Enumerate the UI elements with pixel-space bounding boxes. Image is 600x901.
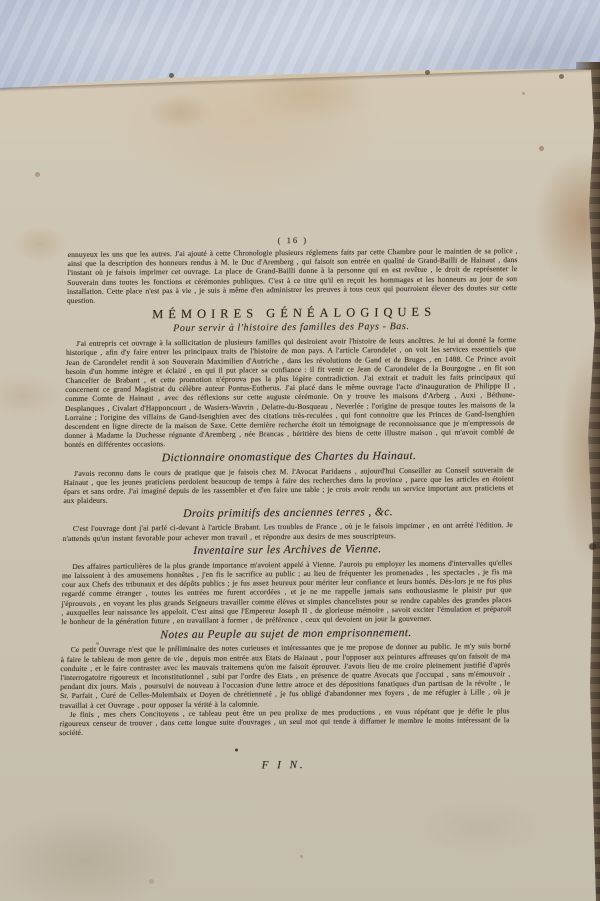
book-page: ( 16 ) ennuyeux les uns que les autres. …	[0, 66, 600, 901]
page-number: ( 16 )	[68, 233, 518, 247]
photo-background-cloth: ( 16 ) ennuyeux les uns que les autres. …	[0, 0, 600, 901]
heading-dictionnaire-onomastique: Dictionnaire onomastique des Chartes du …	[64, 449, 514, 466]
heading-inventaire-archives: Inventaire sur les Archives de Vienne.	[62, 543, 512, 560]
heading-memoires-genealogiques: MÉMOIRES GÉNÉALOGIQUES	[67, 305, 517, 322]
paragraph-memoires: J'ai entrepris cet ouvrage à la sollicit…	[64, 335, 516, 449]
page-text-block: ( 16 ) ennuyeux les uns que les autres. …	[59, 233, 518, 775]
paragraph-dictionnaire: J'avois reconnu dans le cours de pratiqu…	[63, 465, 514, 506]
foxing-specks	[0, 0, 3, 3]
paragraph-inventaire: Des affaires particulières de la plus gr…	[61, 558, 512, 626]
paragraph-notes: Ce petit Ouvrage n'est que le préliminai…	[60, 641, 511, 709]
ink-speck	[235, 749, 238, 752]
fin-label: F I N.	[262, 759, 306, 771]
heading-droits-primitifs: Droits primitifs des anciennes terres , …	[63, 505, 513, 522]
fin-row: F I N.	[59, 754, 509, 776]
paragraph-droits: C'est l'ouvrage dont j'ai parlé ci-devan…	[63, 521, 513, 543]
subheading-memoires: Pour servir à l'histoire des familles de…	[66, 320, 516, 336]
heading-notes-au-peuple: Notes au Peuple au sujet de mon emprison…	[61, 626, 511, 643]
paragraph-je-finis: Je finis , mes chers Concitoyens , ce ta…	[59, 706, 509, 738]
paragraph-continuation: ennuyeux les uns que les autres. J'ai aj…	[67, 246, 518, 305]
